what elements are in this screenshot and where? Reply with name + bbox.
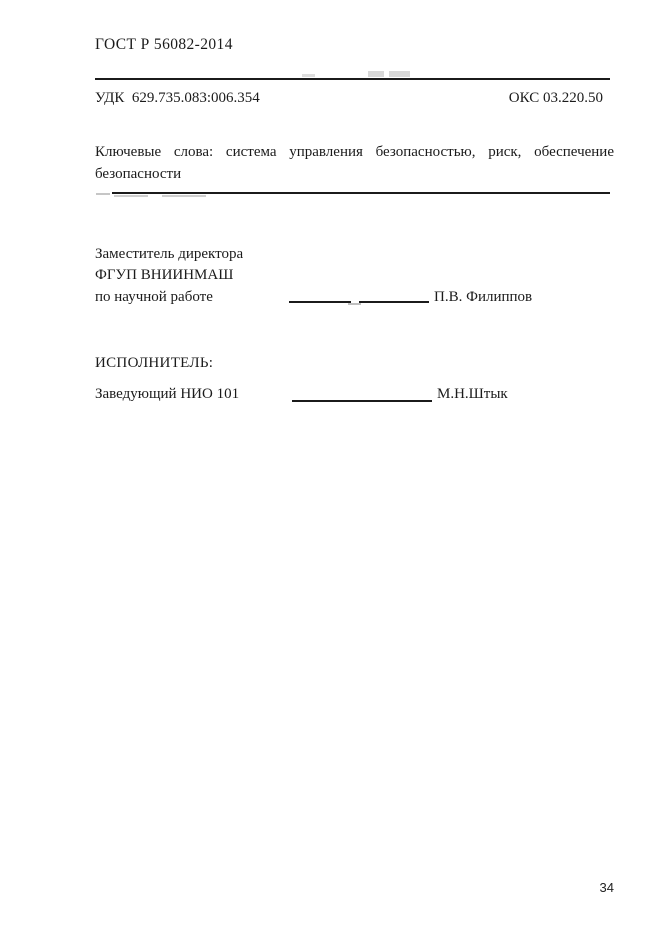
scan-artifact bbox=[368, 71, 384, 77]
document-page: ГОСТ Р 56082-2014 УДК 629.735.083:006.35… bbox=[0, 0, 661, 935]
keywords-line: Ключевые слова: система управления безоп… bbox=[95, 142, 614, 164]
approver-position-line: ФГУП ВНИИНМАШ bbox=[95, 267, 233, 284]
executor-name: М.Н.Штык bbox=[437, 386, 508, 403]
approver-name: П.В. Филиппов bbox=[434, 289, 532, 306]
page-number: 34 bbox=[588, 880, 614, 895]
classification-row: УДК 629.735.083:006.354 ОКС 03.220.50 bbox=[95, 90, 603, 107]
scan-artifact bbox=[96, 193, 110, 195]
scan-artifact bbox=[162, 195, 206, 197]
udk-code: УДК 629.735.083:006.354 bbox=[95, 90, 260, 107]
executor-position: Заведующий НИО 101 bbox=[95, 386, 239, 403]
horizontal-rule-top bbox=[95, 78, 610, 80]
keywords-line: безопасности bbox=[95, 164, 614, 186]
scan-artifact bbox=[302, 74, 315, 77]
scan-artifact bbox=[114, 195, 148, 197]
approver-position-line: Заместитель директора bbox=[95, 246, 243, 263]
scan-artifact bbox=[348, 303, 361, 305]
keywords-paragraph: Ключевые слова: система управления безоп… bbox=[95, 142, 614, 185]
standard-code: ГОСТ Р 56082-2014 bbox=[95, 36, 233, 54]
approver-position-line: по научной работе bbox=[95, 289, 213, 306]
signature-line bbox=[292, 400, 432, 402]
oks-code: ОКС 03.220.50 bbox=[509, 90, 603, 107]
executor-heading: ИСПОЛНИТЕЛЬ: bbox=[95, 355, 213, 372]
horizontal-rule-middle bbox=[112, 192, 610, 194]
scan-artifact bbox=[389, 71, 410, 77]
